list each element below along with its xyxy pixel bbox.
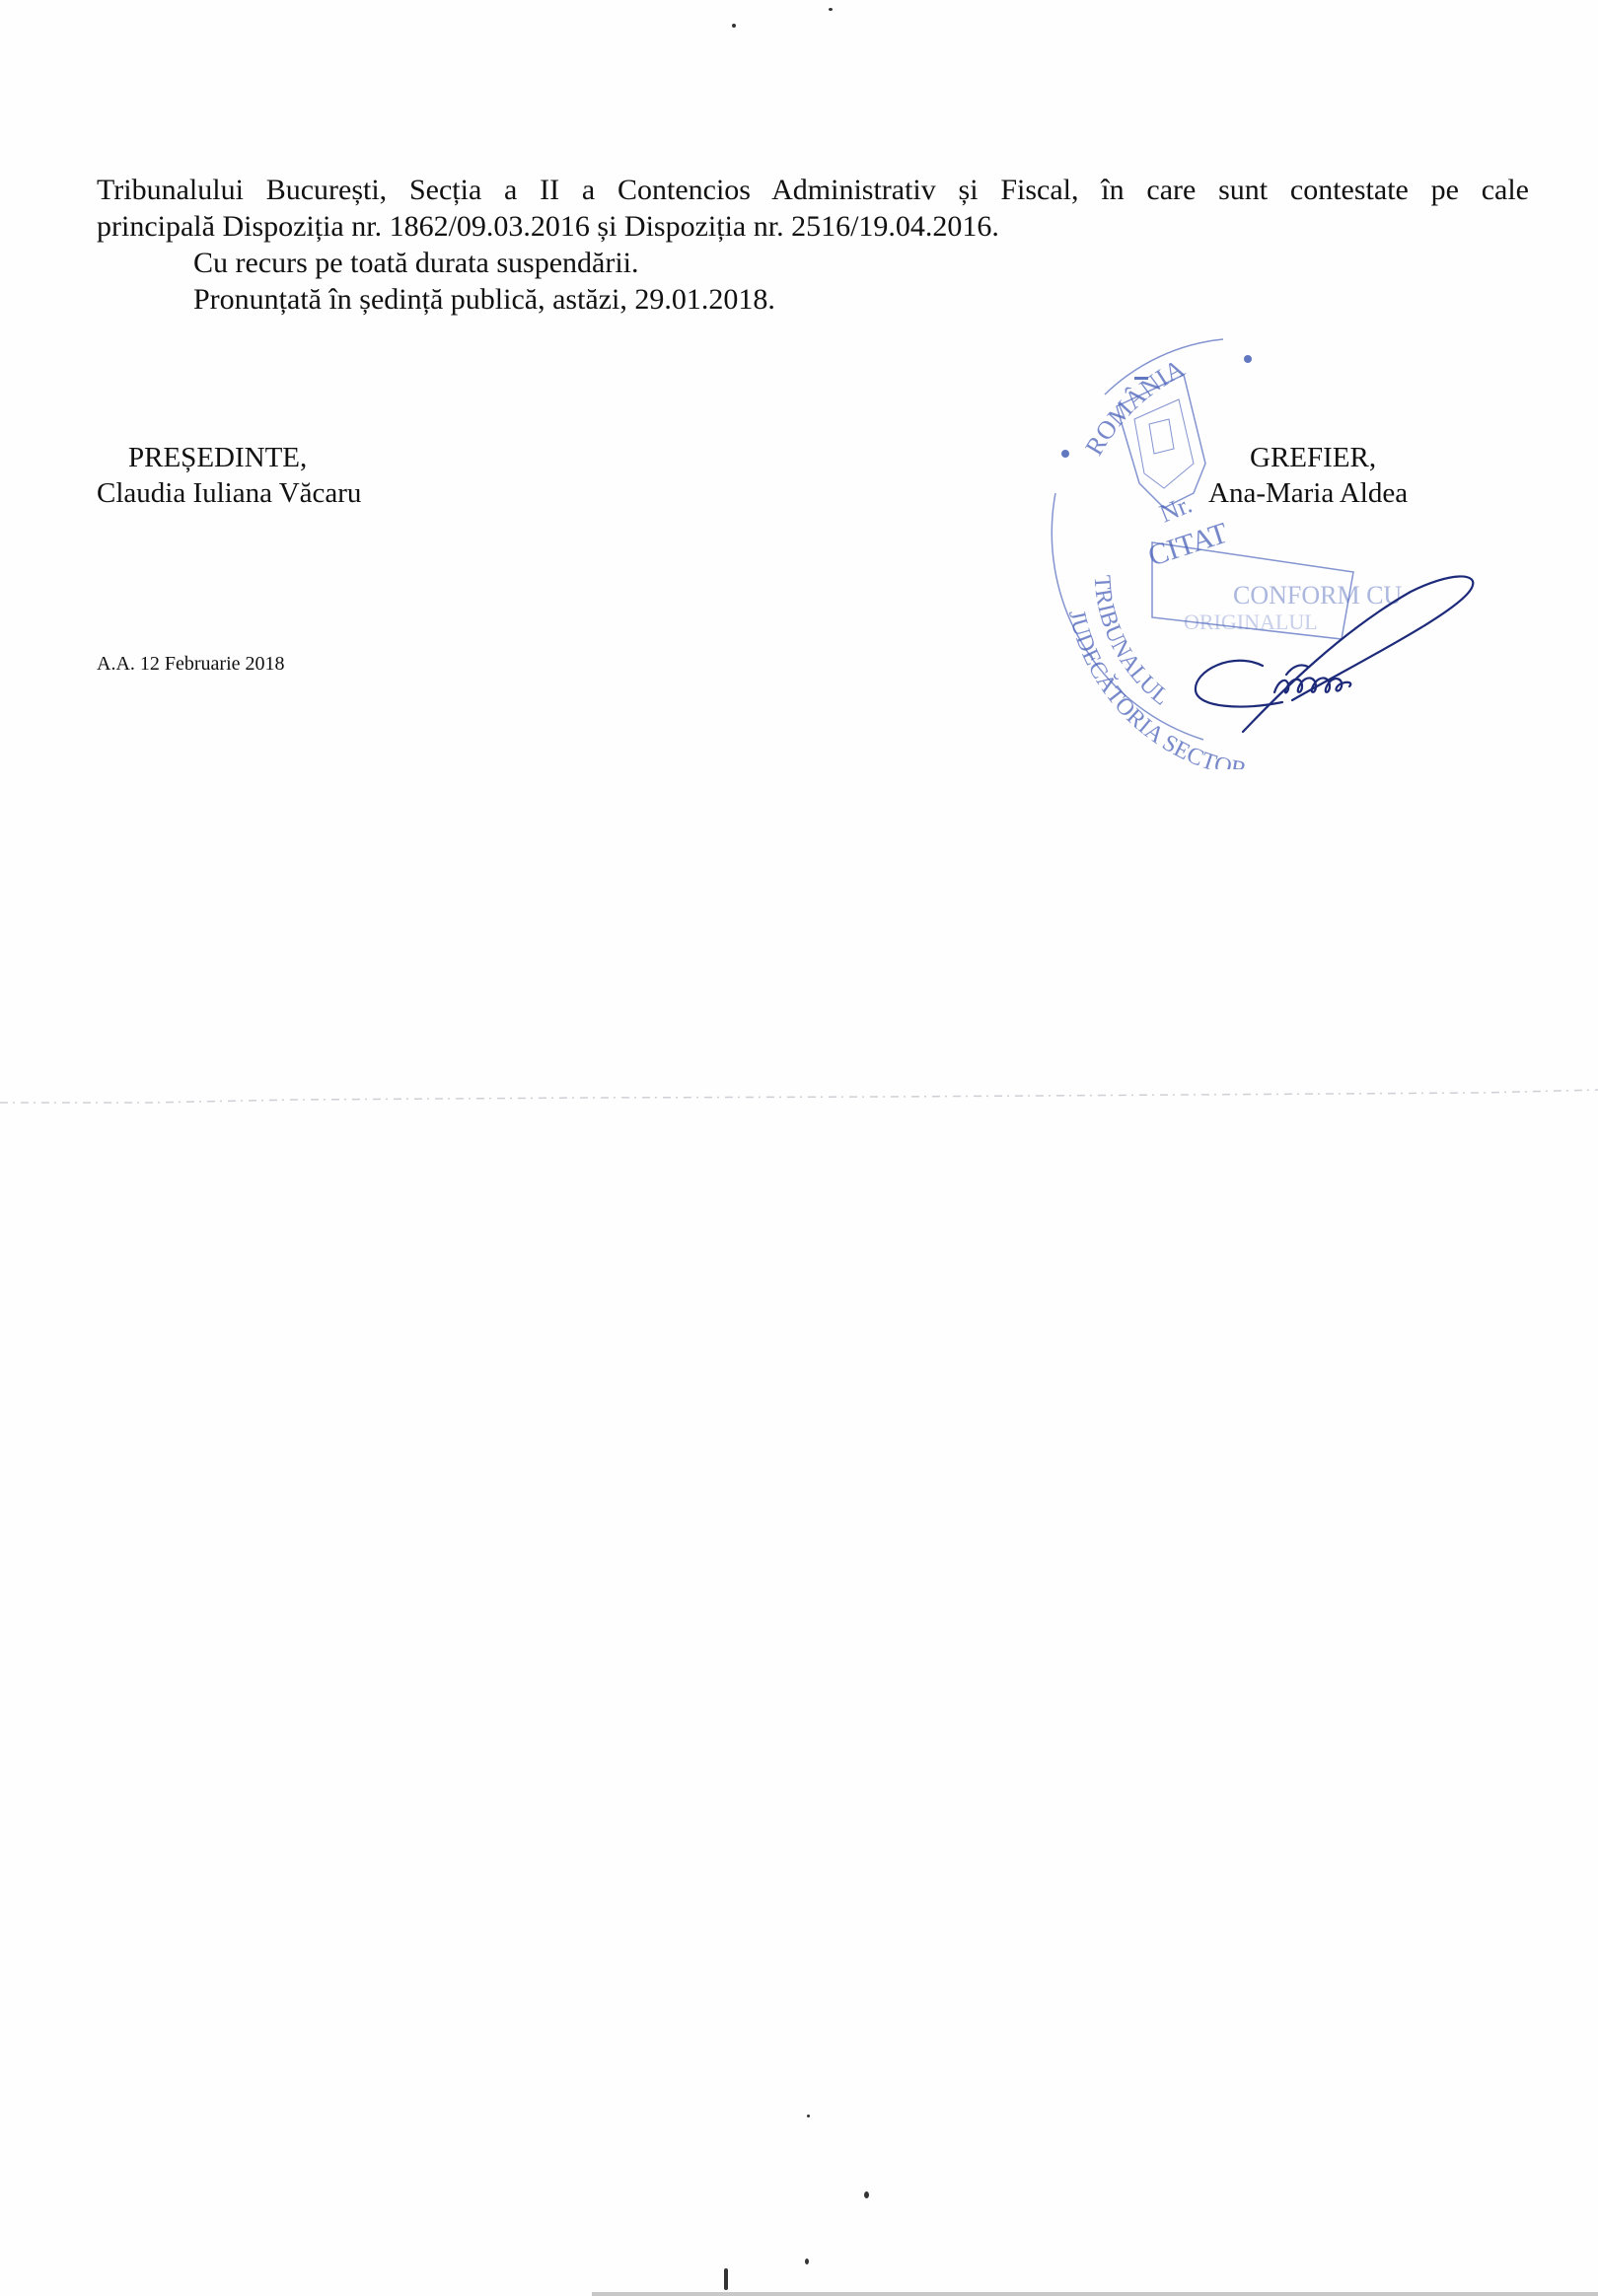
scan-speck: [732, 24, 736, 28]
appeal-line: Cu recurs pe toată durata suspendării.: [97, 245, 1529, 281]
paragraph-line-2: principală Dispoziția nr. 1862/09.03.201…: [97, 208, 1529, 245]
scan-speck: [724, 2268, 728, 2290]
page-fold-line: [0, 1080, 1598, 1110]
scan-speck: [829, 8, 833, 11]
paragraph-line-1: Tribunalului București, Secția a II a Co…: [97, 172, 1529, 208]
clerk-role: GREFIER,: [1208, 440, 1408, 475]
pronouncement-line: Pronunțată în ședință publică, astăzi, 2…: [97, 281, 1529, 318]
document-page: Tribunalului București, Secția a II a Co…: [0, 0, 1598, 2296]
scan-speck: [864, 2191, 869, 2198]
handwritten-signature-icon: [1184, 552, 1499, 750]
clerk-name: Ana-Maria Aldea: [1208, 475, 1408, 511]
president-signature-block: PREȘEDINTE, Claudia Iuliana Văcaru: [97, 440, 361, 511]
president-role: PREȘEDINTE,: [97, 440, 361, 475]
scan-speck: [807, 2115, 810, 2117]
president-name: Claudia Iuliana Văcaru: [97, 475, 361, 511]
clerk-signature-block: GREFIER, Ana-Maria Aldea: [1208, 440, 1408, 511]
scan-bottom-edge: [592, 2292, 1598, 2296]
scan-speck: [805, 2259, 809, 2264]
footnote: A.A. 12 Februarie 2018: [97, 653, 285, 676]
body-text: Tribunalului București, Secția a II a Co…: [97, 172, 1529, 318]
